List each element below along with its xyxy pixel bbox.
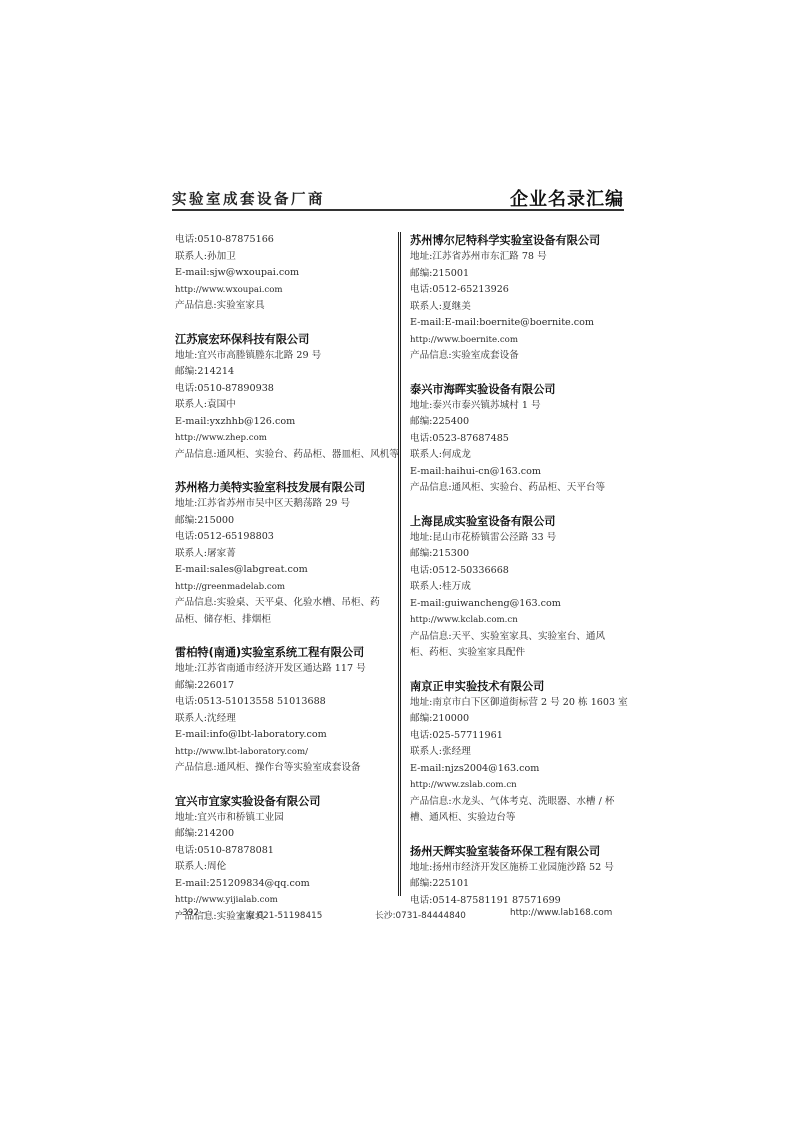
company-name: 泰兴市海晖实验设备有限公司 — [410, 381, 630, 398]
contact-person: 联系人:桂万成 — [410, 579, 630, 596]
website-link[interactable]: http://www.boernite.com — [410, 332, 630, 349]
email-link[interactable]: E-mail:251209834@qq.com — [175, 876, 397, 893]
phone: 电话:0510-87890938 — [175, 381, 397, 398]
product-info: 产品信息:通风柜、操作台等实验室成套设备 — [175, 760, 397, 777]
company-name: 苏州博尔尼特科学实验室设备有限公司 — [410, 232, 630, 249]
shanghai-phone: 上海:021-51198415 — [237, 908, 322, 921]
contact-person: 联系人:何成龙 — [410, 447, 630, 464]
phone: 电话:0512-65198803 — [175, 529, 397, 546]
phone: 电话:0513-51013558 51013688 — [175, 694, 397, 711]
contact-person: 联系人:张经理 — [410, 744, 630, 761]
postal-code: 邮编:214214 — [175, 364, 397, 381]
website-link[interactable]: http://www.zslab.com.cn — [410, 777, 630, 794]
phone: 电话:0510-87878081 — [175, 843, 397, 860]
company-entry: 扬州天辉实验室装备环保工程有限公司地址:扬州市经济开发区施桥工业园施沙路 52 … — [410, 843, 630, 910]
page-header: 实验室成套设备厂商 企业名录汇编 — [172, 186, 624, 210]
postal-code: 邮编:215000 — [175, 513, 397, 530]
product-info: 产品信息:通风柜、实验台、药品柜、天平台等 — [410, 480, 630, 497]
phone: 电话:0512-65213926 — [410, 282, 630, 299]
company-entry: 苏州博尔尼特科学实验室设备有限公司地址:江苏省苏州市东汇路 78 号邮编:215… — [410, 232, 630, 365]
company-name: 宜兴市宜家实验设备有限公司 — [175, 793, 397, 810]
company-entry: 雷柏特(南通)实验室系统工程有限公司地址:江苏省南通市经济开发区通达路 117 … — [175, 644, 397, 777]
address: 地址:江苏省苏州市东汇路 78 号 — [410, 249, 630, 266]
company-name: 苏州格力美特实验室科技发展有限公司 — [175, 479, 397, 496]
phone: 电话:0512-50336668 — [410, 563, 630, 580]
address: 地址:江苏省南通市经济开发区通达路 117 号 — [175, 661, 397, 678]
postal-code: 邮编:225101 — [410, 876, 630, 893]
company-name: 南京正申实验技术有限公司 — [410, 678, 630, 695]
product-info: 产品信息:水龙头、气体考克、洗眼器、水槽 / 杯 — [410, 794, 630, 811]
email-link[interactable]: E-mail:guiwancheng@163.com — [410, 596, 630, 613]
address: 地址:昆山市花桥镇雷公泾路 33 号 — [410, 530, 630, 547]
directory-title: 企业名录汇编 — [510, 185, 624, 211]
contact-person: 联系人:夏继美 — [410, 299, 630, 316]
page-number: – 392 – — [175, 908, 206, 918]
contact-person: 联系人:周伦 — [175, 859, 397, 876]
email-link[interactable]: E-mail:sales@labgreat.com — [175, 562, 397, 579]
postal-code: 邮编:226017 — [175, 678, 397, 695]
website-link[interactable]: http://www.yijialab.com — [175, 892, 397, 909]
left-column: 电话:0510-87875166联系人:孙加卫E-mail:sjw@wxoupa… — [175, 232, 397, 941]
company-entry: 苏州格力美特实验室科技发展有限公司地址:江苏省苏州市吴中区天鹅荡路 29 号邮编… — [175, 479, 397, 628]
company-name: 雷柏特(南通)实验室系统工程有限公司 — [175, 644, 397, 661]
phone: 电话:0510-87875166 — [175, 232, 397, 249]
postal-code: 邮编:214200 — [175, 826, 397, 843]
section-title: 实验室成套设备厂商 — [172, 188, 325, 209]
company-name: 扬州天辉实验室装备环保工程有限公司 — [410, 843, 630, 860]
website-link[interactable]: http://www.kclab.com.cn — [410, 612, 630, 629]
contact-person: 联系人:袁国中 — [175, 397, 397, 414]
product-info: 产品信息:实验桌、天平桌、化验水槽、吊柜、药 — [175, 595, 397, 612]
website-link[interactable]: http://www.wxoupai.com — [175, 282, 397, 299]
company-name: 上海昆成实验室设备有限公司 — [410, 513, 630, 530]
address: 地址:宜兴市高塍镇塍东北路 29 号 — [175, 348, 397, 365]
postal-code: 邮编:215001 — [410, 266, 630, 283]
website-link[interactable]: http://greenmadelab.com — [175, 579, 397, 596]
product-info: 产品信息:通风柜、实验台、药品柜、器皿柜、风机等 — [175, 447, 397, 464]
email-link[interactable]: E-mail:sjw@wxoupai.com — [175, 265, 397, 282]
changsha-phone: 长沙:0731-84444840 — [375, 908, 466, 921]
column-divider — [398, 232, 401, 896]
company-entry: 电话:0510-87875166联系人:孙加卫E-mail:sjw@wxoupa… — [175, 232, 397, 315]
product-info: 产品信息:天平、实验室家具、实验室台、通风 — [410, 629, 630, 646]
postal-code: 邮编:210000 — [410, 711, 630, 728]
address: 地址:泰兴市泰兴镇苏城村 1 号 — [410, 398, 630, 415]
company-name: 江苏宸宏环保科技有限公司 — [175, 331, 397, 348]
postal-code: 邮编:215300 — [410, 546, 630, 563]
entry-line: 槽、通风柜、实验边台等 — [410, 810, 630, 827]
phone: 电话:0514-87581191 87571699 — [410, 893, 630, 910]
company-entry: 宜兴市宜家实验设备有限公司地址:宜兴市和桥镇工业园邮编:214200电话:051… — [175, 793, 397, 926]
email-link[interactable]: E-mail:E-mail:boernite@boernite.com — [410, 315, 630, 332]
postal-code: 邮编:225400 — [410, 414, 630, 431]
company-entry: 江苏宸宏环保科技有限公司地址:宜兴市高塍镇塍东北路 29 号邮编:214214电… — [175, 331, 397, 464]
email-link[interactable]: E-mail:haihui-cn@163.com — [410, 464, 630, 481]
contact-person: 联系人:沈经理 — [175, 711, 397, 728]
company-entry: 上海昆成实验室设备有限公司地址:昆山市花桥镇雷公泾路 33 号邮编:215300… — [410, 513, 630, 662]
phone: 电话:0523-87687485 — [410, 431, 630, 448]
company-entry: 泰兴市海晖实验设备有限公司地址:泰兴市泰兴镇苏城村 1 号邮编:225400电话… — [410, 381, 630, 497]
header-rule — [172, 209, 624, 211]
website-link[interactable]: http://www.zhep.com — [175, 430, 397, 447]
email-link[interactable]: E-mail:info@lbt-laboratory.com — [175, 727, 397, 744]
address: 地址:宜兴市和桥镇工业园 — [175, 810, 397, 827]
address: 地址:江苏省苏州市吴中区天鹅荡路 29 号 — [175, 496, 397, 513]
right-column: 苏州博尔尼特科学实验室设备有限公司地址:江苏省苏州市东汇路 78 号邮编:215… — [410, 232, 630, 925]
company-entry: 南京正申实验技术有限公司地址:南京市白下区御道街标营 2 号 20 栋 1603… — [410, 678, 630, 827]
email-link[interactable]: E-mail:yxzhhb@126.com — [175, 414, 397, 431]
entry-line: 品柜、储存柜、排烟柜 — [175, 612, 397, 629]
address: 地址:南京市白下区御道街标营 2 号 20 栋 1603 室 — [410, 695, 630, 712]
contact-person: 联系人:孙加卫 — [175, 249, 397, 266]
website-link[interactable]: http://www.lbt-laboratory.com/ — [175, 744, 397, 761]
email-link[interactable]: E-mail:njzs2004@163.com — [410, 761, 630, 778]
product-info: 产品信息:实验室成套设备 — [410, 348, 630, 365]
product-info: 产品信息:实验室家具 — [175, 298, 397, 315]
website-link[interactable]: http://www.lab168.com — [510, 908, 612, 918]
entry-line: 柜、药柜、实验室家具配件 — [410, 645, 630, 662]
phone: 电话:025-57711961 — [410, 728, 630, 745]
address: 地址:扬州市经济开发区施桥工业园施沙路 52 号 — [410, 860, 630, 877]
contact-person: 联系人:屠家菁 — [175, 546, 397, 563]
